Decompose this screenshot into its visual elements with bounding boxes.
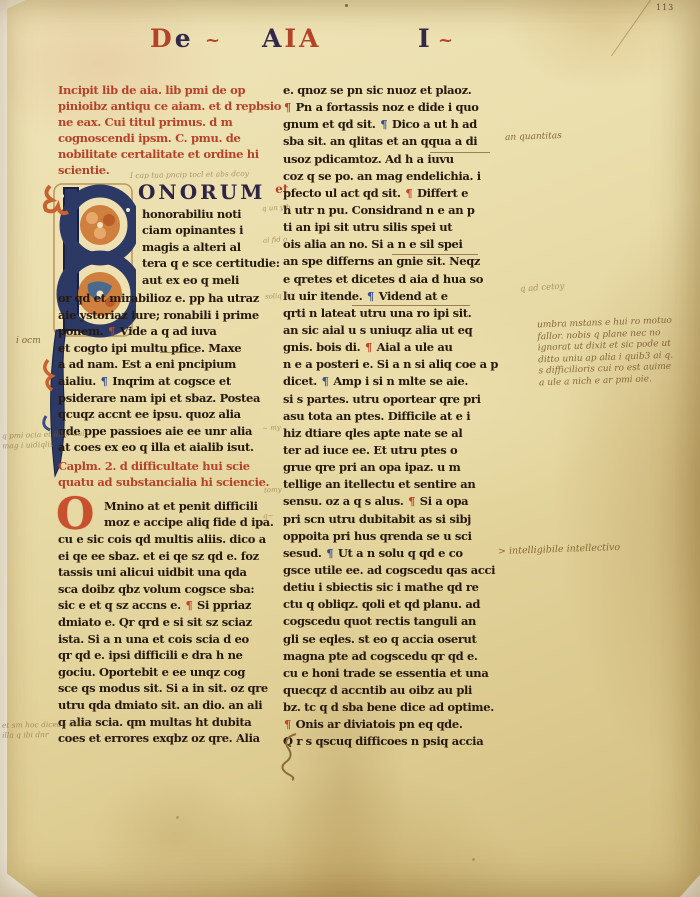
display-word-main: ONORUM [138,180,265,204]
text-line: sesud. ¶ Ut a n solu q qd e co [283,545,497,562]
page-corner-crease [611,0,653,56]
text-line: gli se eqles. st eo q accia oserut [283,631,497,648]
text-line: quecqz d accntib au oibz au pli [283,682,497,699]
reader-underline [160,352,196,353]
text-line: oppoita pri hus qrenda se u sci [283,528,497,545]
text-line: sba sit. an qlitas et an qqua a di [283,133,497,150]
ink-speck [176,816,179,819]
margin-flourish-blue [44,416,50,430]
text-line: ponem. ¶ Vide a q ad iuva [58,323,270,340]
running-header-tilde-2: ~ [438,30,453,51]
margin-note-right-small: q ad cetoy [520,281,565,294]
text-line: ciam opinantes i [58,222,270,238]
gutter-gloss: ai fid o [263,235,288,244]
left-column-body-2-opening: Mnino at et penit difficilimoz e accipe … [58,498,270,531]
pilcrow-mark: ¶ [321,374,330,388]
pilcrow-mark: ¶ [407,494,416,508]
reader-underline [352,305,470,306]
running-header-book-number: I [418,24,433,53]
pilcrow-mark: ¶ [100,374,109,388]
text-line: at coes ex eo q illa et aialib isut. [58,439,270,456]
margin-note-intelligibile: > intelligibile intellectivo [498,542,620,557]
ink-speck [472,858,475,861]
text-line: ei qe ee sbaz. et ei qe sz qd e. foz [58,548,270,565]
pilcrow-mark: ¶ [379,117,388,131]
folio-number: 113 [656,3,674,12]
pilcrow-mark: ¶ [184,598,193,612]
left-column-body-1: or qd et mirabilioz e. pp ha utrazaie ys… [58,290,270,456]
pilcrow-mark: ¶ [364,340,373,354]
text-line: psiderare nam ipi et sbaz. Postea [58,390,270,407]
text-line: aie ystoriaz iure; ronabili i prime [58,307,270,324]
margin-note-left-mid: q pmi ocia et illud uultmag i uidiqlis [2,429,89,451]
running-header-center: AIA [262,24,322,53]
text-line: coz q se po. an mag endelichia. i [283,168,497,185]
text-line: si s partes. utru oportear qre pri [283,391,497,408]
text-line: utru qda dmiato sit. an dio. an ali [58,697,270,714]
text-line: moz e accipe aliq fide d ipa. [58,514,270,530]
text-line: ¶ Pn a fortassis noz e dide i quo [283,99,497,116]
text-line: dicet. ¶ Amp i si n mlte se aie. [283,373,497,390]
text-line: lu uir itende. ¶ Vidend at e [283,288,497,305]
running-header-left: De [150,24,194,53]
text-line: et sm hoc dicedu est ad [2,719,92,730]
text-line: magis a alteri al [58,239,270,255]
left-column-opening-lines: honorabiliu noticiam opinantes imagis a … [58,206,270,288]
text-line: sic e et q sz accns e. ¶ Si ppriaz [58,597,270,614]
text-line: sca doibz qbz volum cogsce sba: [58,581,270,598]
gutter-gloss: ~ my [262,424,281,433]
chapter-2-rubric: Caplm. 2. d difficultate hui sciequatu a… [58,458,270,491]
pilcrow-mark: ¶ [283,100,292,114]
text-line: qr qd e. ipsi difficili e dra h ne [58,647,270,664]
pilcrow-mark: ¶ [366,289,375,303]
margin-note-left-oem: i ocm [16,336,41,346]
text-line: cu e sic cois qd multis aliis. dico a [58,531,270,548]
text-line: cognoscendi ipsm. C. pmu. de [58,130,270,146]
left-column-body-2: cu e sic cois qd multis aliis. dico aei … [58,531,270,747]
photo-edge-corner-bottom-right [680,869,700,897]
text-line: gnis. bois di. ¶ Aial a ule au [283,339,497,356]
text-line: gsce utile ee. ad cogscedu qas acci [283,562,497,579]
text-line: nobilitate certalitate et ordine hi [58,146,270,162]
text-line: pfecto ul act qd sit. ¶ Differt e [283,185,497,202]
text-line: cu e honi trade se essentia et una [283,665,497,682]
text-line: ois alia an no. Si a n e sil spei [283,236,497,253]
text-line: aut ex eo q meli [58,272,270,288]
reader-underline [392,254,478,255]
text-line: gnum et qd sit. ¶ Dico a ut h ad [283,116,497,133]
text-line: qde ppe passioes aie ee unr alia [58,423,270,440]
text-line: aialiu. ¶ Inqrim at cogsce et [58,373,270,390]
photo-edge-corner-top-left [0,0,26,12]
text-line: h utr n pu. Considrand n e an p [283,202,497,219]
left-column-incipit-rubric: Incipit lib de aia. lib pmi de oppinioib… [58,82,270,178]
running-header-tilde-1: ~ [205,30,220,51]
text-line: cogscedu quot rectis tanguli an [283,613,497,630]
interlinear-gloss-above-initial: I cap tua pncip tocl et abs dcoy [130,169,249,180]
gutter-gloss: q~ [263,512,274,521]
pilcrow-mark: ¶ [107,324,116,338]
reader-underline [430,152,490,153]
manuscript-page: 113 De ~ AIA I ~ Incipit lib de aia. lib… [0,0,700,897]
text-line: asu tota an ptes. Difficile at e i [283,408,497,425]
pilcrow-mark: ¶ [325,546,334,560]
text-line: tellige an itellectu et sentire an [283,476,497,493]
margin-note-right-big: umbra mstans e hui ro motuofallor. nobis… [537,316,674,390]
margin-note-left-bottom: et sm hoc dicedu est adilla q ibi dnr [2,719,92,740]
text-line: sensu. oz a q s alus. ¶ Si a opa [283,493,497,510]
text-line: dmiato e. Qr qrd e si sit sz sciaz [58,614,270,631]
text-line: ctu q obliqz. qoli et qd planu. ad [283,596,497,613]
gutter-gloss: tomy [264,486,282,495]
pilcrow-mark: ¶ [404,186,413,200]
text-line: honorabiliu noti [58,206,270,222]
text-line: Caplm. 2. d difficultate hui scie [58,458,270,474]
text-line: tera q e sce certitudie: [58,255,270,271]
text-line: et cogto ipi multu pfice. Maxe [58,340,270,357]
gutter-gloss: q un y b [262,203,291,212]
text-line: pinioibz antiqu ce aiam. et d repbsio [58,98,270,114]
text-line: detiu i sbiectis sic i mathe qd re [283,579,497,596]
text-line: illa q ibi dnr [2,729,92,740]
text-line: ne eax. Cui titul primus. d m [58,114,270,130]
text-line: ti an ipi sit utru silis spei ut [283,219,497,236]
text-line: n e a posteri e. Si a n si aliq coe a p [283,356,497,373]
text-line: grue qre pri an opa ipaz. u m [283,459,497,476]
text-line: magna pte ad cogscedu qr qd e. [283,648,497,665]
text-line: an sic aial u s uniuqz alia ut eq [283,322,497,339]
text-line: ista. Si a n una et cois scia d eo [58,631,270,648]
text-line: qcuqz accnt ee ipsu. quoz alia [58,406,270,423]
text-line: bz. tc q d sba bene dice ad optime. [283,699,497,716]
catchword-flourish [278,732,304,782]
pilcrow-mark: ¶ [283,717,292,731]
text-line: hiz dtiare qles apte nate se al [283,425,497,442]
text-line: Mnino at et penit difficili [58,498,270,514]
text-line: Incipit lib de aia. lib pmi de op [58,82,270,98]
text-line: an spe differns an gnie sit. Neqz [283,253,497,270]
text-line: qrti n lateat utru una ro ipi sit. [283,305,497,322]
text-line: tassis uni alicui uidbit una qda [58,564,270,581]
text-line: e qretes et dicetes d aia d hua so [283,271,497,288]
text-line: gociu. Oportebit e ee unqz cog [58,664,270,681]
text-line: a ad nam. Est a eni pncipium [58,356,270,373]
text-line: pri scn utru dubitabit as si sibj [283,511,497,528]
text-line: or qd et mirabilioz e. pp ha utraz [58,290,270,307]
display-word-onorum: ONORUM et [138,180,288,204]
ink-speck [345,4,348,7]
text-line: sce qs modus sit. Si a in sit. oz qre [58,680,270,697]
text-line: ¶ Onis ar diviatois pn eq qde. [283,716,497,733]
gutter-gloss: soliq fuy [265,291,295,301]
text-line: ter ad iuce ee. Et utru ptes o [283,442,497,459]
text-line: usoz pdicamtoz. Ad h a iuvu [283,151,497,168]
text-line: Q r s qscuq difficoes n psiq accia [283,733,497,750]
margin-note-an-quantitas: an quantitas [505,131,562,143]
text-line: e. qnoz se pn sic nuoz et plaoz. [283,82,497,99]
right-column-body: e. qnoz se pn sic nuoz et plaoz.¶ Pn a f… [283,82,497,750]
